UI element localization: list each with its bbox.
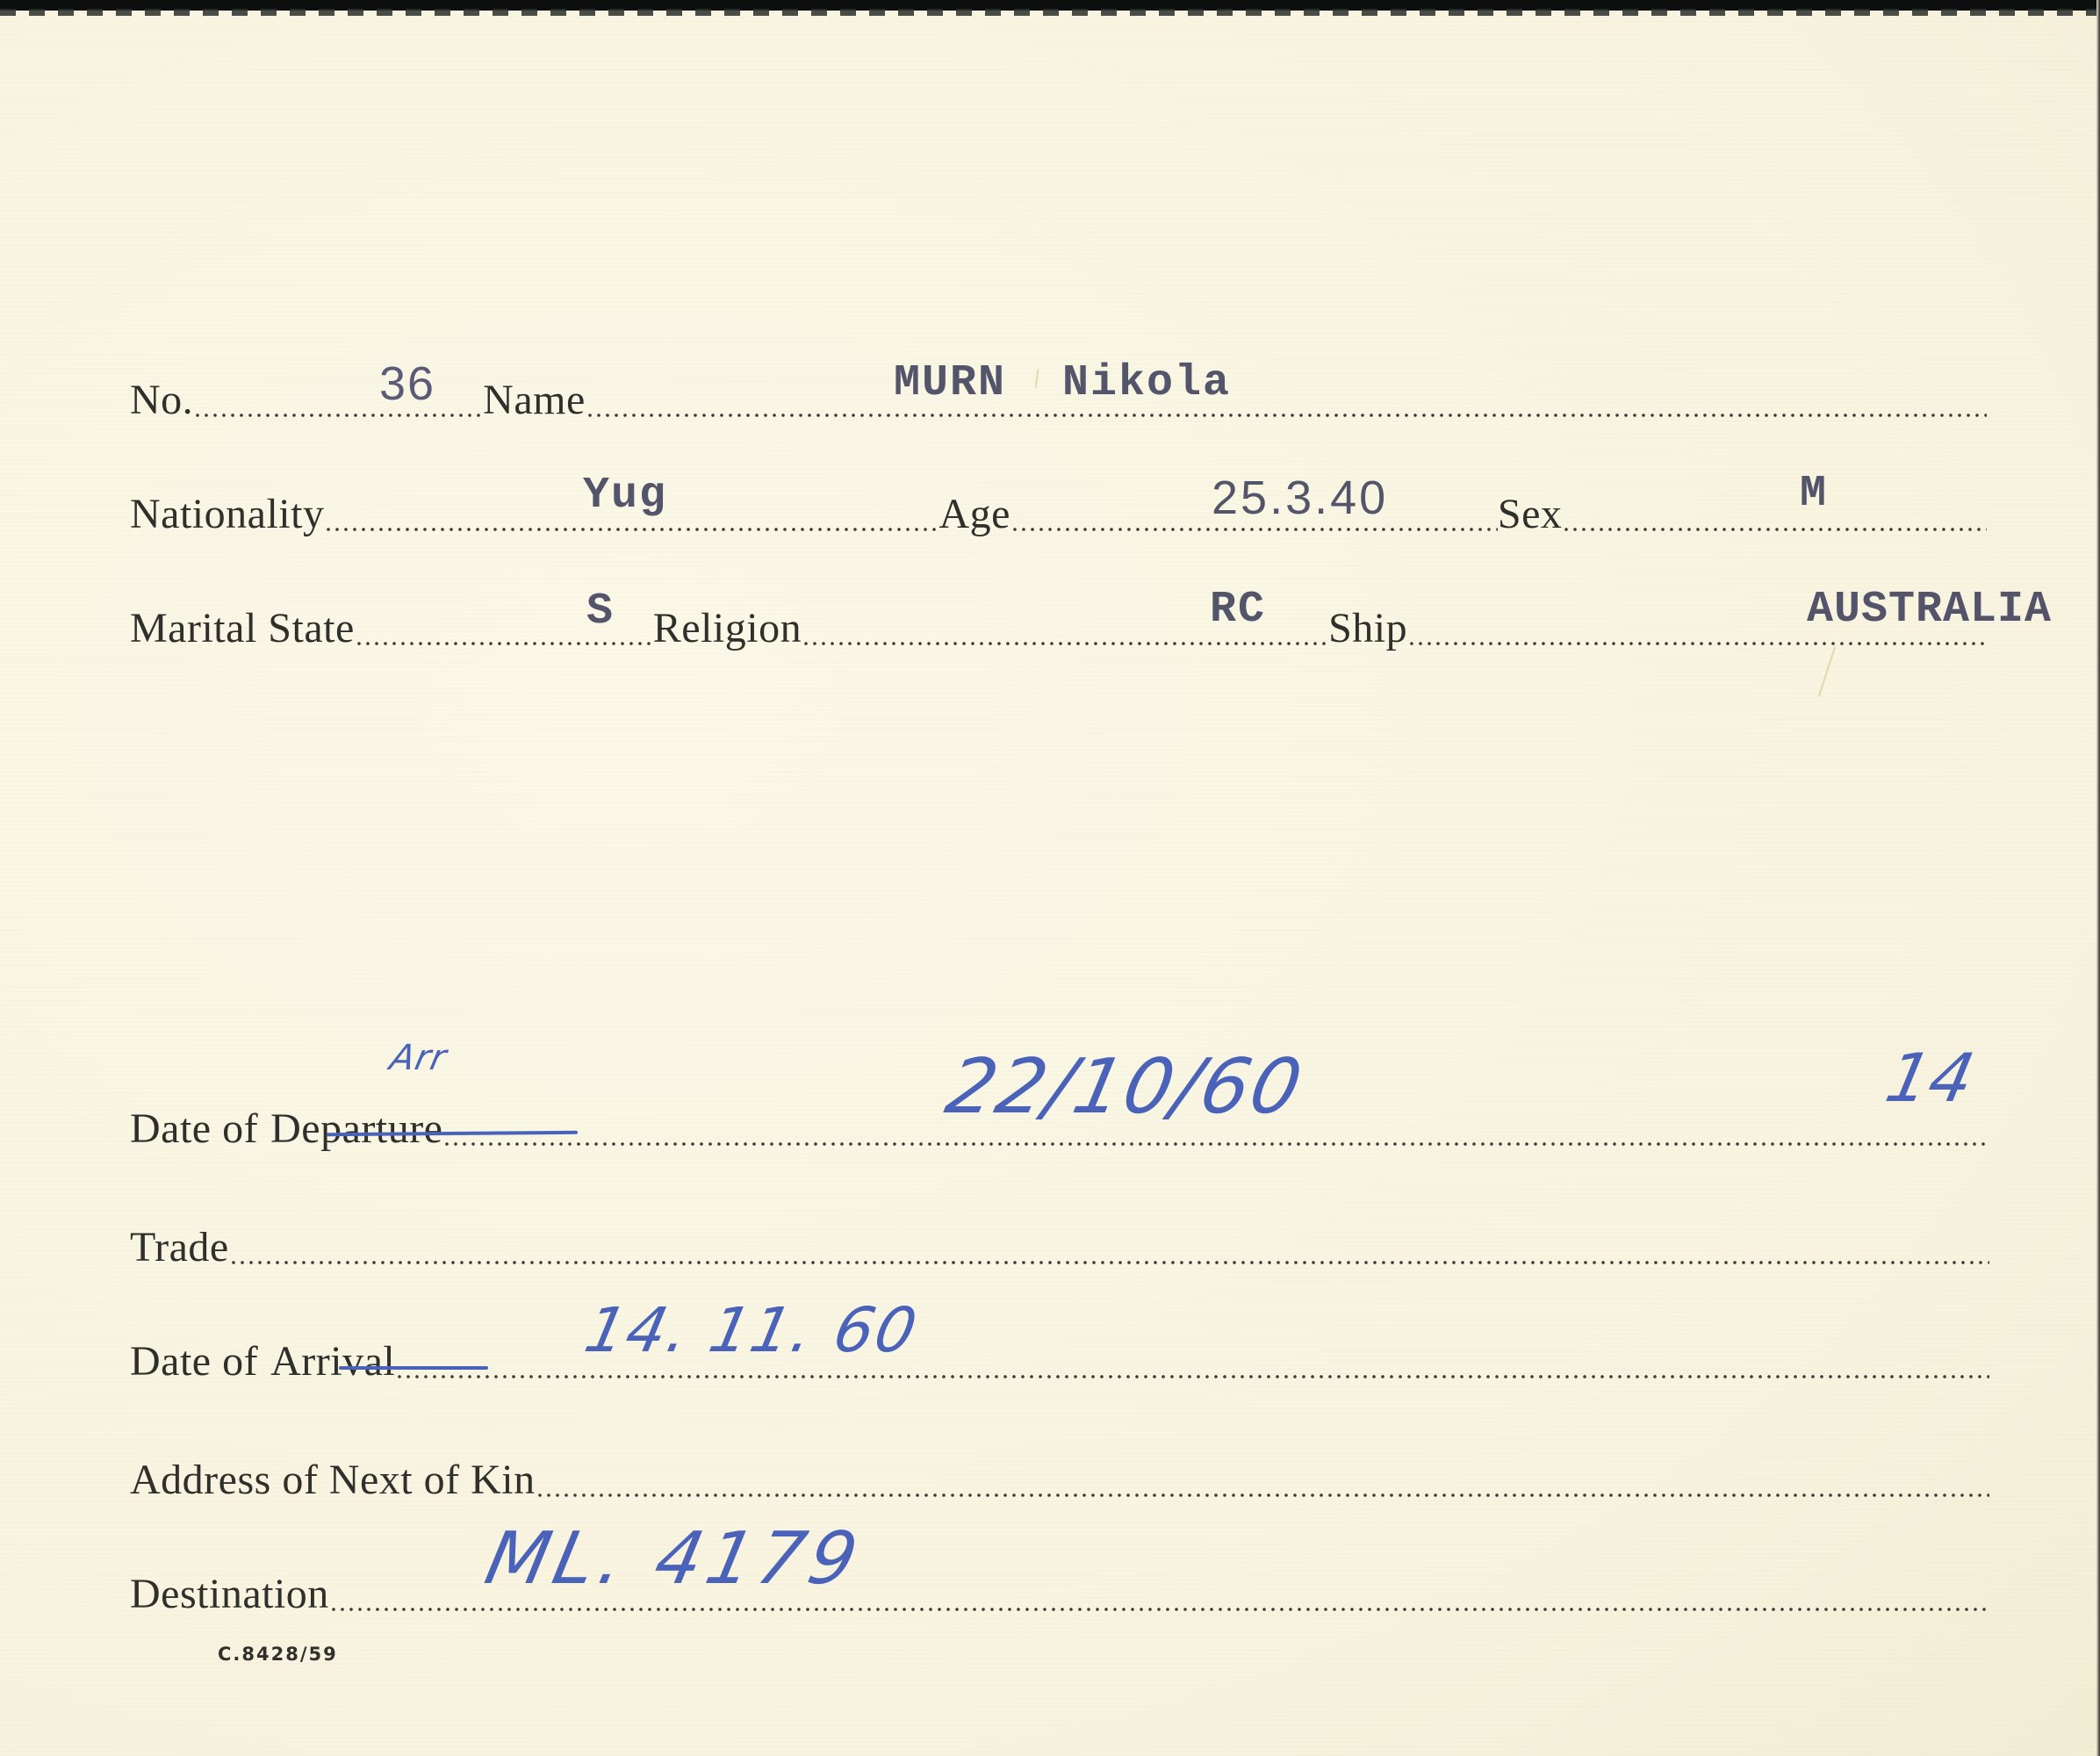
date-of-departure-label: Date ofDeparture: [130, 1108, 442, 1150]
row-marital-religion-ship: Marital State Religion Ship: [130, 588, 1987, 650]
paper-fiber: [1818, 646, 1836, 697]
age-field-line[interactable]: [1010, 527, 1498, 532]
no-field-line[interactable]: [193, 413, 483, 418]
address-next-of-kin-field-line[interactable]: [536, 1493, 1989, 1498]
ship-label: Ship: [1328, 608, 1407, 650]
arr-correction-note: Arr: [387, 1040, 450, 1076]
arrival-struck-label: Arrival: [270, 1338, 395, 1385]
no-value: 36: [379, 360, 435, 407]
marital-state-label: Marital State: [130, 608, 355, 650]
name-value: MURN Nikola: [894, 362, 1231, 406]
card-right-edge: [2096, 0, 2100, 1756]
age-value: 25.3.40: [1212, 474, 1388, 522]
row-date-of-arrival: Date ofArrival: [130, 1321, 1989, 1383]
nationality-field-line[interactable]: [324, 527, 939, 532]
ship-field-line[interactable]: [1407, 641, 1987, 646]
date-of-departure-field-line[interactable]: [442, 1141, 1989, 1147]
date-of-label-prefix: Date of: [130, 1105, 258, 1152]
date-of-label-prefix: Date of: [130, 1338, 258, 1385]
date-of-arrival-value: 14. 11. 60: [580, 1299, 924, 1361]
migrant-record-card: No. Name 36 MURN Nikola Nationality Age …: [0, 0, 2100, 1756]
destination-value: ML. 4179: [479, 1523, 868, 1595]
trade-field-line[interactable]: [229, 1260, 1989, 1265]
departure-extra-note: 14: [1881, 1045, 1980, 1112]
no-label: No.: [130, 379, 193, 421]
card-perforation: [0, 9, 2100, 16]
trade-label: Trade: [130, 1227, 229, 1269]
age-label: Age: [939, 493, 1010, 536]
sex-field-line[interactable]: [1562, 527, 1987, 532]
date-of-departure-value: 22/10/60: [940, 1049, 1310, 1125]
row-address-next-of-kin: Address of Next of Kin: [130, 1440, 1989, 1501]
marital-state-value: S: [586, 590, 615, 634]
date-of-arrival-field-line[interactable]: [395, 1374, 1989, 1379]
departure-struck-label: Departure: [270, 1105, 442, 1152]
sex-value: M: [1800, 472, 1828, 516]
sex-label: Sex: [1498, 493, 1563, 536]
row-trade: Trade: [130, 1207, 1989, 1269]
arrival-strikethrough: [339, 1366, 488, 1370]
row-destination: Destination: [130, 1554, 1989, 1616]
name-field-line[interactable]: [586, 413, 1987, 418]
date-of-arrival-label: Date ofArrival: [130, 1341, 395, 1383]
row-nationality-age-sex: Nationality Age Sex: [130, 474, 1987, 536]
destination-label: Destination: [130, 1573, 329, 1616]
nationality-value: Yug: [583, 474, 667, 518]
marital-state-field-line[interactable]: [355, 641, 653, 646]
address-next-of-kin-label: Address of Next of Kin: [130, 1459, 536, 1501]
destination-field-line[interactable]: [329, 1607, 1989, 1612]
ship-value: AUSTRALIA: [1807, 588, 2052, 632]
name-label: Name: [483, 379, 586, 421]
nationality-label: Nationality: [130, 493, 324, 536]
religion-label: Religion: [653, 608, 802, 650]
religion-value: RC: [1210, 588, 1266, 632]
religion-field-line[interactable]: [802, 641, 1328, 646]
form-code: C.8428/59: [218, 1644, 338, 1665]
